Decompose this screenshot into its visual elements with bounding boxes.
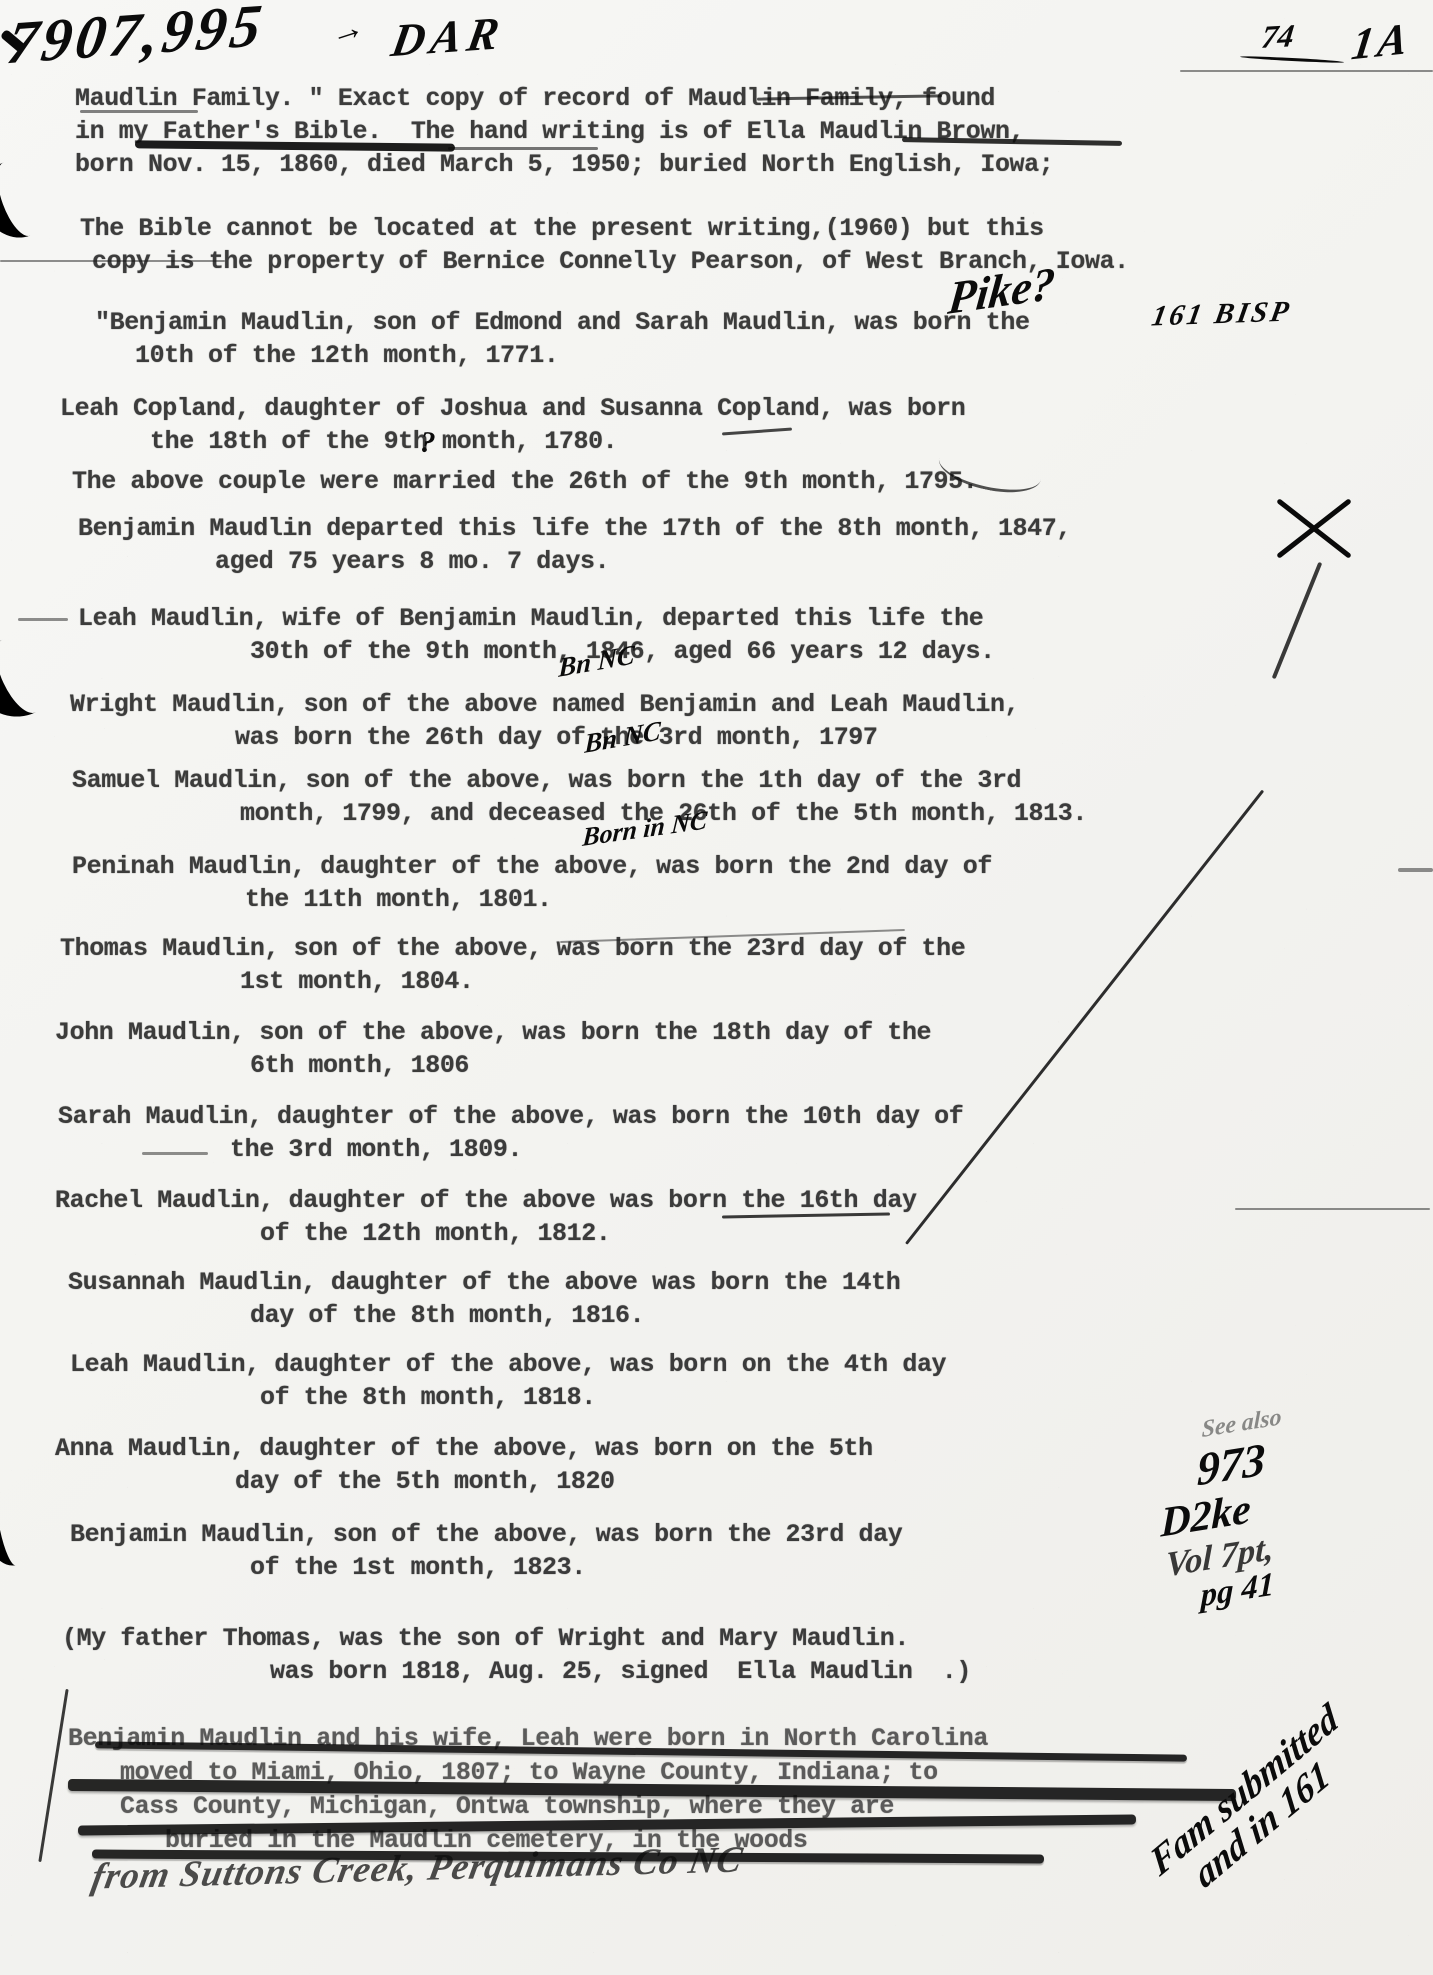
typewritten-line: (My father Thomas, was the son of Wright… (62, 1622, 1433, 1655)
typewritten-line: Maudlin Family. " Exact copy of record o… (75, 82, 1433, 115)
underline-stroke (448, 147, 598, 150)
record-paragraph: Leah Maudlin, daughter of the above, was… (0, 1348, 1433, 1414)
typewritten-line: Sarah Maudlin, daughter of the above, wa… (58, 1100, 1433, 1133)
ledger-number-handwritten: 7907,995 (4, 0, 269, 73)
typewritten-line: the 3rd month, 1809. (230, 1133, 1433, 1166)
typewritten-line: Thomas Maudlin, son of the above, was bo… (60, 932, 1433, 965)
record-paragraph: Leah Copland, daughter of Joshua and Sus… (0, 392, 1433, 458)
page-number-underline (1240, 55, 1344, 63)
record-paragraph: Benjamin Maudlin departed this life the … (0, 512, 1433, 578)
typewritten-line: Wright Maudlin, son of the above named B… (70, 688, 1433, 721)
typewritten-line: Leah Maudlin, daughter of the above, was… (70, 1348, 1433, 1381)
typewritten-line: Susannah Maudlin, daughter of the above … (68, 1266, 1433, 1299)
typewritten-line: 6th month, 1806 (250, 1049, 1433, 1082)
record-paragraph: (My father Thomas, was the son of Wright… (0, 1622, 1433, 1688)
dar-label-handwritten: DAR (388, 10, 509, 65)
typewritten-line: of the 12th month, 1812. (260, 1217, 1433, 1250)
underline-stroke (80, 110, 198, 113)
typewritten-line: The above couple were married the 26th o… (72, 465, 1433, 498)
typewritten-line: 10th of the 12th month, 1771. (135, 339, 1433, 372)
see-also-note: See also 973 D2ke Vol 7pt, pg 41 (1159, 1405, 1282, 1621)
typewritten-line: Samuel Maudlin, son of the above, was bo… (72, 764, 1433, 797)
question-mark-annotation: ? (418, 427, 436, 458)
page-code-handwritten: 1A (1349, 16, 1414, 67)
arrow-right-icon: → (326, 10, 369, 53)
typewritten-line: Leah Maudlin, wife of Benjamin Maudlin, … (78, 602, 1433, 635)
typewritten-line: 30th of the 9th month, 1846, aged 66 yea… (250, 635, 1433, 668)
typewritten-line: was born 1818, Aug. 25, signed Ella Maud… (270, 1655, 1433, 1688)
record-paragraph: John Maudlin, son of the above, was born… (0, 1016, 1433, 1082)
record-paragraph: Leah Maudlin, wife of Benjamin Maudlin, … (0, 602, 1433, 668)
typewritten-line: Leah Copland, daughter of Joshua and Sus… (60, 392, 1433, 425)
record-paragraph: Peninah Maudlin, daughter of the above, … (0, 850, 1433, 916)
record-paragraph: Maudlin Family. " Exact copy of record o… (0, 82, 1433, 181)
typewritten-line: was born the 26th day of the 3rd month, … (235, 721, 1433, 754)
record-paragraph: Sarah Maudlin, daughter of the above, wa… (0, 1100, 1433, 1166)
page-number-handwritten: 74 (1260, 19, 1296, 53)
typewritten-line: 1st month, 1804. (240, 965, 1433, 998)
record-paragraph: Wright Maudlin, son of the above named B… (0, 688, 1433, 754)
record-paragraph: Samuel Maudlin, son of the above, was bo… (0, 764, 1433, 830)
typewritten-line: Rachel Maudlin, daughter of the above wa… (55, 1184, 1433, 1217)
typewritten-line: the 11th month, 1801. (245, 883, 1433, 916)
streak-line (1180, 70, 1433, 72)
scanned-genealogy-page: 7907,995 → DAR 74 1A Maudlin Family. " E… (0, 0, 1433, 1975)
record-paragraph: The above couple were married the 26th o… (0, 465, 1433, 498)
typewritten-line: Benjamin Maudlin departed this life the … (78, 512, 1433, 545)
record-paragraph: The Bible cannot be located at the prese… (0, 212, 1433, 278)
typewritten-line: aged 75 years 8 mo. 7 days. (215, 545, 1433, 578)
record-paragraph: Rachel Maudlin, daughter of the above wa… (0, 1184, 1433, 1250)
x-mark-annotation (1268, 492, 1360, 566)
typewritten-line: born Nov. 15, 1860, died March 5, 1950; … (75, 148, 1433, 181)
typewritten-line: copy is the property of Bernice Connelly… (92, 245, 1433, 278)
bisp-annotation: 161 BISP (1149, 297, 1293, 331)
record-paragraph: Susannah Maudlin, daughter of the above … (0, 1266, 1433, 1332)
record-paragraph: Thomas Maudlin, son of the above, was bo… (0, 932, 1433, 998)
typewritten-line: John Maudlin, son of the above, was born… (55, 1016, 1433, 1049)
typewritten-line: The Bible cannot be located at the prese… (80, 212, 1433, 245)
typewritten-line: Peninah Maudlin, daughter of the above, … (72, 850, 1433, 883)
typewritten-line: day of the 8th month, 1816. (250, 1299, 1433, 1332)
